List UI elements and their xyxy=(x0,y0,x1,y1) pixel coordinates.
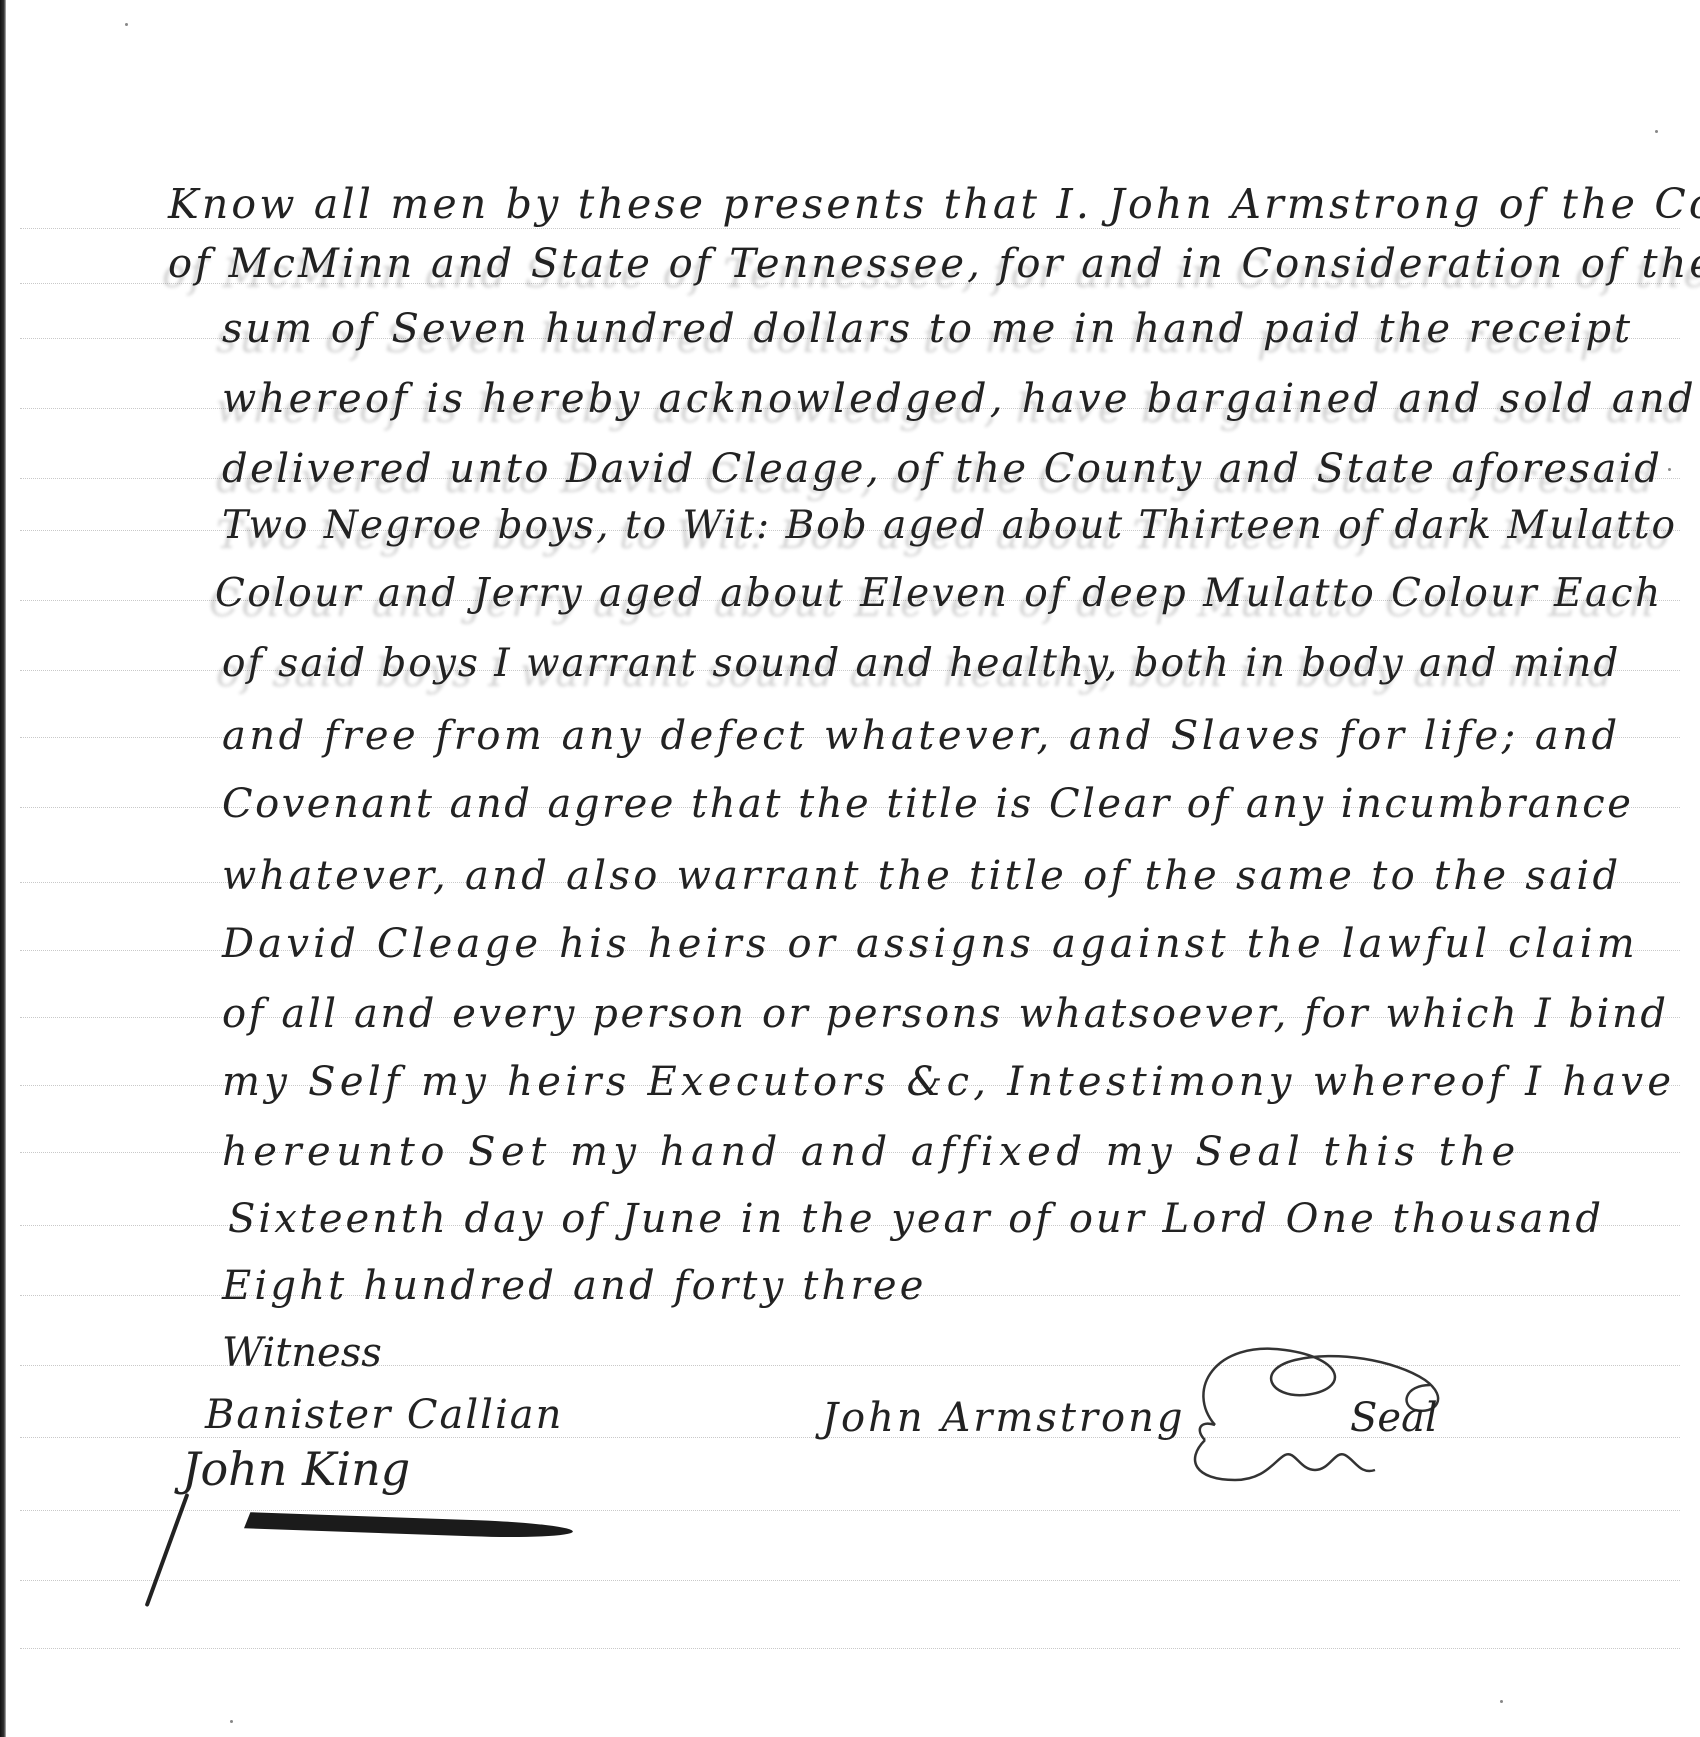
document-line: whereof is hereby acknowledged, have bar… xyxy=(222,375,1697,423)
signature-flourish xyxy=(244,1512,576,1540)
ruled-line xyxy=(20,1580,1680,1581)
document-line: of all and every person or persons whats… xyxy=(222,990,1669,1038)
ruled-line xyxy=(20,228,1680,229)
scan-speck xyxy=(1500,1700,1503,1703)
document-line: Covenant and agree that the title is Cle… xyxy=(222,780,1633,828)
document-line: whatever, and also warrant the title of … xyxy=(222,852,1621,900)
document-line: Eight hundred and forty three xyxy=(222,1262,927,1310)
document-line: Colour and Jerry aged about Eleven of de… xyxy=(215,570,1663,618)
document-line: hereunto Set my hand and affixed my Seal… xyxy=(222,1128,1521,1176)
scanned-document-page: Know all men by these presents that I. J… xyxy=(0,0,1700,1737)
principal-signature: John Armstrong xyxy=(822,1395,1185,1441)
witness-label: Witness xyxy=(222,1330,382,1376)
seal-label: Seal xyxy=(1350,1395,1438,1441)
document-line: Two Negroe boys, to Wit: Bob aged about … xyxy=(222,502,1677,550)
document-line: of McMinn and State of Tennessee, for an… xyxy=(168,240,1700,288)
scan-speck xyxy=(1655,130,1658,133)
seal-scroll-icon xyxy=(1175,1330,1505,1490)
ruled-line xyxy=(20,1510,1680,1511)
document-line: Sixteenth day of June in the year of our… xyxy=(228,1195,1604,1243)
scan-speck xyxy=(125,23,128,26)
document-line: David Cleage his heirs or assigns agains… xyxy=(222,920,1639,968)
scan-edge-shadow xyxy=(0,0,6,1737)
document-line: delivered unto David Cleage, of the Coun… xyxy=(222,445,1662,493)
document-line: and free from any defect whatever, and S… xyxy=(222,712,1621,760)
ruled-line xyxy=(20,1648,1680,1649)
document-line: of said boys I warrant sound and healthy… xyxy=(222,640,1620,688)
scan-speck xyxy=(1668,468,1671,471)
scan-speck xyxy=(230,1720,233,1723)
document-line: Know all men by these presents that I. J… xyxy=(168,180,1700,228)
document-line: sum of Seven hundred dollars to me in ha… xyxy=(222,305,1633,353)
witness-signature: Banister Callian xyxy=(205,1392,563,1438)
witness-signature: John King xyxy=(182,1442,410,1496)
document-line: my Self my heirs Executors &c, Intestimo… xyxy=(222,1058,1675,1106)
